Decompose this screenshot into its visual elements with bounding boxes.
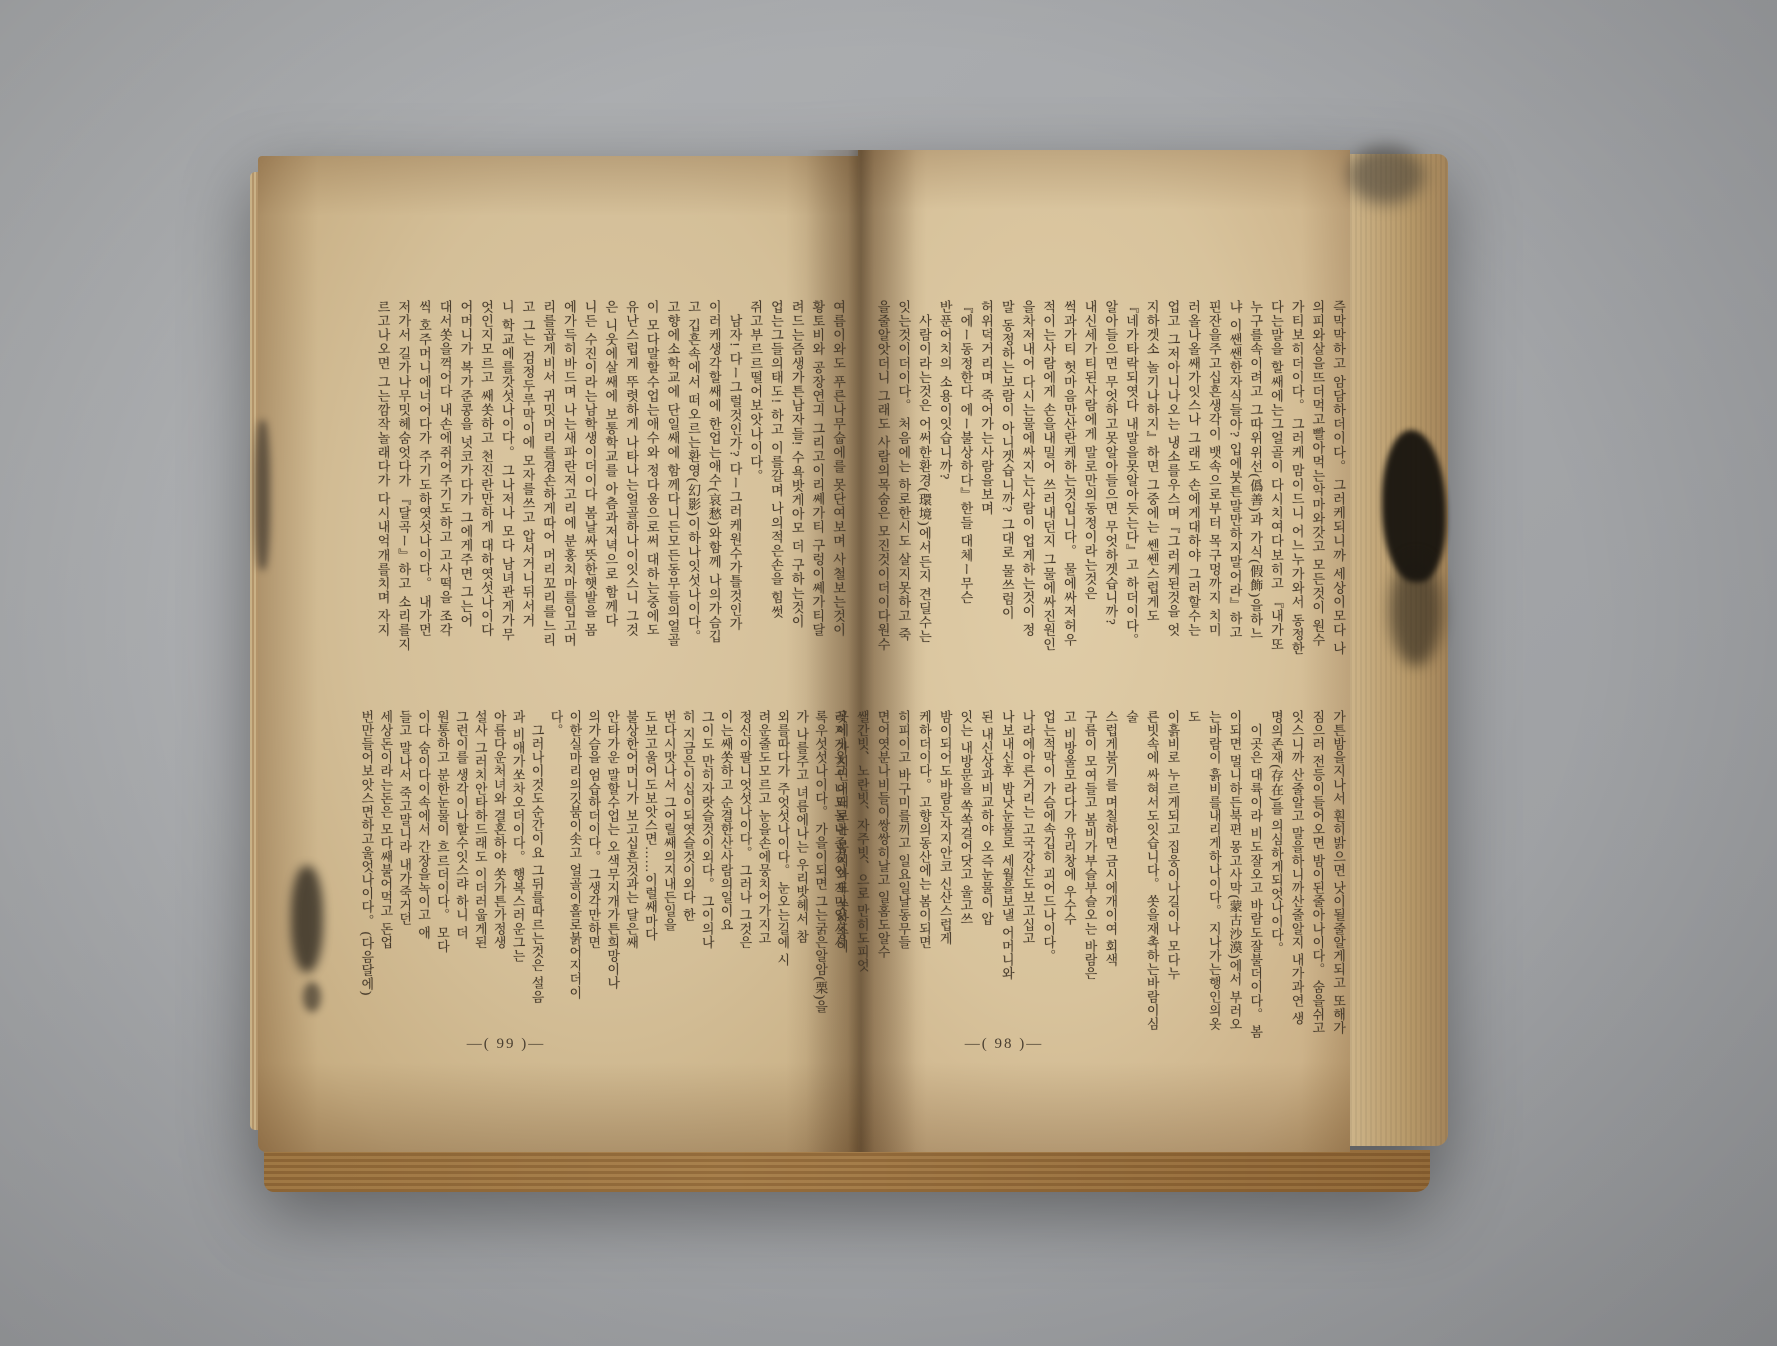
text-column: 러올나올쌔가잇스나 그래도 손에게대하야 그러할수는 — [1182, 300, 1203, 702]
text-column: 이 모다말할수업는애수와 정다움으로써 대하는중에도 — [641, 300, 662, 702]
text-column: 잇는것이더이다。 처음에는 하로한시도 살지못하고 죽 — [893, 300, 914, 702]
text-column: 쌜간빗、노란빗、자주빗、으로 만히도피엇 — [851, 710, 872, 1044]
text-column: 정신이팔니엇섯나이다。 그러나 그것은 — [735, 710, 754, 1044]
text-column: 은 니웃에살쌔에 보통학교를 아츰과저녁으로 함께다 — [600, 300, 621, 702]
text-column: 잇는 내방문을 쏙쏙걸어닷고 울고쓰 — [955, 710, 976, 1044]
text-column: 는바람이 흙비를내리게하나이다。 지나가는행인의옷도 — [1182, 710, 1223, 1044]
text-column: 된 내신상과비교하야 오즉눈물이 압 — [975, 710, 996, 1044]
text-column: 밤이되어도바람은자지안코 신산스럽게 — [934, 710, 955, 1044]
open-book: 여름이와도 푸른나무숩에를 못단여보며 사철보는것이황토비와 공장연긔 그리고이… — [250, 138, 1452, 1200]
text-column: 고 깁흔속에서 떠오르는환영(幻影)이하나잇섯나이다。 — [682, 300, 703, 702]
text-column: 잇스니까 산줄알고 말을하니까산줄알지 내가과연 생 — [1286, 710, 1307, 1044]
text-column: 핀잔을주고십흔생각이 뱃속으로부터 목구멍까지 치미 — [1203, 300, 1224, 702]
text-column: 아름다운처녀와 결혼하야 쏫가튼가정생 — [489, 710, 508, 1044]
right-page-top-text: 즉막막하고 암담하더이다。 그러케되니까 세상이모다 나의피와살을뜨더먹고빨아먹… — [856, 300, 1348, 702]
text-column: 업고 그저아니나오는 냉소를우스며『그러케된것을 엇 — [1162, 300, 1183, 702]
text-column: 이흙비로 누르게되고 집웅이나길이나 모다누 — [1162, 710, 1183, 1044]
text-column: 과 비애가쏘차오더이다。 행복스러운그는 — [508, 710, 527, 1044]
text-column: 나라에아른거리는 고국강산도보고십고 — [1017, 710, 1038, 1044]
right-page-number: —( 98 )— — [944, 1036, 1064, 1053]
text-column: 누구를속이려고 그따위위선(僞善)과 가식(假飾)을하느 — [1244, 300, 1265, 702]
text-column: 썩과가티 헛마음만산란케하는것입니다。 물에싸저허우 — [1058, 300, 1079, 702]
text-column: 케하더이다。 고향의동산에는 봄이되면 — [913, 710, 934, 1044]
text-column: 가 나를주고 녀름에나는 우리밧헤서 참 — [791, 710, 810, 1044]
text-column: 히피이고 바구미를끼고 일요일날동무들 — [893, 710, 914, 1044]
text-column: 짐으러 전등이들어오면 밤이된줄아나이다。 숨을쉬고 — [1307, 710, 1328, 1044]
text-column: 말 동정하는보람이 아니겟습니까? 그대로 물쓰럼이 — [996, 300, 1017, 702]
text-column: 즉막막하고 암담하더이다。 그러케되니까 세상이모다 나 — [1327, 300, 1348, 702]
text-column: 을차저내어 다시는물에싸지는사람이 업게하는것이 정 — [1017, 300, 1038, 702]
text-column: 번만들어보앗스면하고울엇나이다。 (다음달에) — [356, 710, 375, 1044]
text-column: 이는쌔쏫하고 순결한산사람의일이요 — [716, 710, 735, 1044]
text-column: 에가득히바드며 나는새파란저고리에 분홍치마를입고머 — [558, 300, 579, 702]
text-column: 반푼어치의 소용이잇습니까? — [934, 300, 955, 702]
right-page-bottom-text: 가튼밤을지나서 훤히밝으면 낫이될줄알게되고 또해가짐으러 전등이들어오면 밤이… — [856, 710, 1348, 1044]
text-column: 고향에소학교에 단일쌔에 함께다니든모든동무들의얼골 — [662, 300, 683, 702]
text-column: 들고 말나서 죽고말니라 내가죽거던 — [394, 710, 413, 1044]
text-column: 그런이를 생각이나할수잇스랴 하니 더 — [451, 710, 470, 1044]
text-column: 명의존재(存在)를 의심하게되엇나이다。 — [1265, 710, 1286, 1044]
text-column: 리를곱게비서 귀밋머리를겸손하게따어 머리꼬리를느리 — [537, 300, 558, 702]
text-column: 다는말을 할쌔에는그얼골이 다시치여다보히고 『내가또 — [1265, 300, 1286, 702]
text-column: 스럽게불기를 며칠하면 금시에개이여 회색 — [1100, 710, 1121, 1044]
text-column: 의가슴을 엄습하더이다。 그생각만하면 — [583, 710, 602, 1044]
text-column: 이되면 멀니하든북편 몽고사막(蒙古沙漠)에서 부러오 — [1224, 710, 1245, 1044]
left-page-number: —( 99 )— — [446, 1036, 566, 1053]
text-column: 여름이와도 푸른나무숩에를 못단여보며 사철보는것이 — [827, 300, 848, 702]
text-column: 고 비방울모라다가 유리창에 우수수 — [1058, 710, 1079, 1044]
text-column: 엇인지모르고 쌔쏫하고 천진란만하게 대하엿섯나이다 — [475, 300, 496, 702]
text-column: 록우섯섯나이다。 가을이되면 그는굵은알암(栗)을 — [810, 710, 829, 1044]
text-column: 이다 숨이다이속에서 간장을녹이고 애 — [413, 710, 432, 1044]
text-column: 려드는즘생가튼남자들! 수욕밧게아모 더 구하는것이 — [786, 300, 807, 702]
text-column: 의피와살을뜨더먹고빨아먹는악마와갓고 모든것이 원수 — [1307, 300, 1328, 702]
text-column: 니 학교에를갓섯나이다。 그나저나 모다 남녀관게가무 — [496, 300, 517, 702]
text-column: 곳에 가치인이래로는 봄이와도 쏫한송이 — [830, 710, 851, 1044]
text-column: 히 지금은이십이되엿슬것이외다 한 — [678, 710, 697, 1044]
text-column: 도보고울어도보앗스면……이럴쌔마다 — [640, 710, 659, 1044]
text-column: 나보내신후 밤낫눈물로 세월을보낼 어머니와 — [996, 710, 1017, 1044]
text-column: 그이도 만히자랏슬것이외다。 그이의나 — [697, 710, 716, 1044]
text-column: 그러나이것도순간이요 그뒤를따르는것은 설음 — [527, 710, 546, 1044]
text-column: 이곳은 대륙이라 비도잘오고 바람도잘불더이다。 봄 — [1244, 710, 1265, 1044]
text-column: 안타가운 말할수업는 오색무지개가튼희망이나 — [602, 710, 621, 1044]
text-column: 유난스럽게 뚜렷하게 나타나는얼골하나이잇스니 그것 — [620, 300, 641, 702]
text-column: 냐 이쌘쌘한자식들아? 입에붓튼말만하지말어라』하고 — [1224, 300, 1245, 702]
text-column: 업는그들의태도! 하고 이를갈며 나의적은손을 힘썻 — [765, 300, 786, 702]
text-column: 르고나오면 그는깜작놀래다가 다시내억개를치며 자지 — [372, 300, 393, 702]
text-column: 불상한어머니가 보고십흔것과는 달은쌔 — [621, 710, 640, 1044]
text-column: 이한실마리의깃붐이솟고 얼골이홀로붉어지더이 — [564, 710, 583, 1044]
text-column: 쥐고부르르떨어보앗나이다。 — [744, 300, 765, 702]
text-column: 세상돈이라는돈은 모다쌔불어먹고 돈업 — [375, 710, 394, 1044]
text-column: 다。 — [546, 710, 565, 1044]
text-column: 황토비와 공장연긔 그리고이리쎼가티 구렁이쎼가티달 — [807, 300, 828, 702]
text-column: 알아들으면 무엇하고못알아들으면 무엇하겟습니까? — [1100, 300, 1121, 702]
left-page-bottom-text: 러지게웃고 나도놀내준것이 재미잇서서록우섯섯나이다。 가을이되면 그는굵은알암… — [343, 710, 848, 1044]
bottom-page-edge-stack — [264, 1150, 1430, 1192]
text-column: 사람이라는것은 어써한환경(環境)에서든지 견딜수는 — [913, 300, 934, 702]
text-column: 허위덕거리며 죽어가는사람을보며 — [975, 300, 996, 702]
text-column: 니든 수진이라는남학생이더이다 봄날싸뜻한햇발을 몸 — [579, 300, 600, 702]
text-column: 대서쏫을꺽어다 내손에쥐어주기도하고 고사떡을 조각 — [434, 300, 455, 702]
text-column: 른빗속에 싸혀서도잇습니다。 쏫을재촉하는바람이심술 — [1120, 710, 1161, 1044]
text-column: 구름이 모여들고 봄비가부슬부슬오는 바람은 — [1079, 710, 1100, 1044]
photo-background: { "palette": { "background_gray": "#a6a8… — [0, 0, 1777, 1346]
text-column: 『에ー동정한다 에ー불상하다』한들 대체ー무슨 — [955, 300, 976, 702]
text-column: 면어엿분나비들이쌍쌍히날고 일홈도알수 — [872, 710, 893, 1044]
fore-edge-page-stack — [1350, 154, 1448, 1146]
text-column: 원통하고 분한눈물이 흐르더이다。 모다 — [432, 710, 451, 1044]
text-column: 어머니가 복가준콩을 넛코가다가 그에게주면 그는어 — [455, 300, 476, 702]
text-column: 을줄알앗더니 그래도 사람의목숨은 모진것이더이다원수 — [872, 300, 893, 702]
text-column: 가튼밤을지나서 훤히밝으면 낫이될줄알게되고 또해가 — [1327, 710, 1348, 1044]
text-column: 저가서 길가나무밋헤숨엇다가 『달곡ー』하고 소리를지 — [393, 300, 414, 702]
text-column: 남자! 다ー그럴것인가? 다ー그러케원수가틀것인가 — [724, 300, 745, 702]
text-column: 고 그는 검정두루막이에 모자를쓰고 압서거니뒤서거 — [517, 300, 538, 702]
text-column: 적이는사람에게 손을내밀어 쓰러내던지 그물에싸진원인 — [1037, 300, 1058, 702]
text-column: 려운줄도모르고 눈을손에뭉치어가지고 — [753, 710, 772, 1044]
text-column: 내신세가티된사람에게 말로만의동정이라는것은 — [1079, 300, 1100, 702]
text-column: 씩 호주머니에너어다가 주기도하엿섯나이다。 내가먼 — [413, 300, 434, 702]
text-column: 가티보히더이다。 그러케 맘이드니 어느누가와서 동정한 — [1286, 300, 1307, 702]
left-page-top-text: 여름이와도 푸른나무숩에를 못단여보며 사철보는것이황토비와 공장연긔 그리고이… — [343, 300, 848, 702]
text-column: 지하겟소 놀기나하지』하면 그중에는 쎈쎈스럽게도 — [1141, 300, 1162, 702]
text-column: 번다시맛나서 그어릴쌔의지내든일을 — [659, 710, 678, 1044]
text-column: 이러케생각할쌔에 한업는애수(哀愁)와함께 나의가슴깁 — [703, 300, 724, 702]
text-column: 업는적막이 가슴에속깁히 괴어드나이다。 — [1037, 710, 1058, 1044]
text-column: 설사 그러치안타하드래도 이더러웁게된 — [470, 710, 489, 1044]
text-column: 외를따다가 주엇섯나이다。 눈오는길에 시 — [772, 710, 791, 1044]
text-column: 『네가타락되엿다 내말을못알아듯는다』고 하더이다。 — [1120, 300, 1141, 702]
